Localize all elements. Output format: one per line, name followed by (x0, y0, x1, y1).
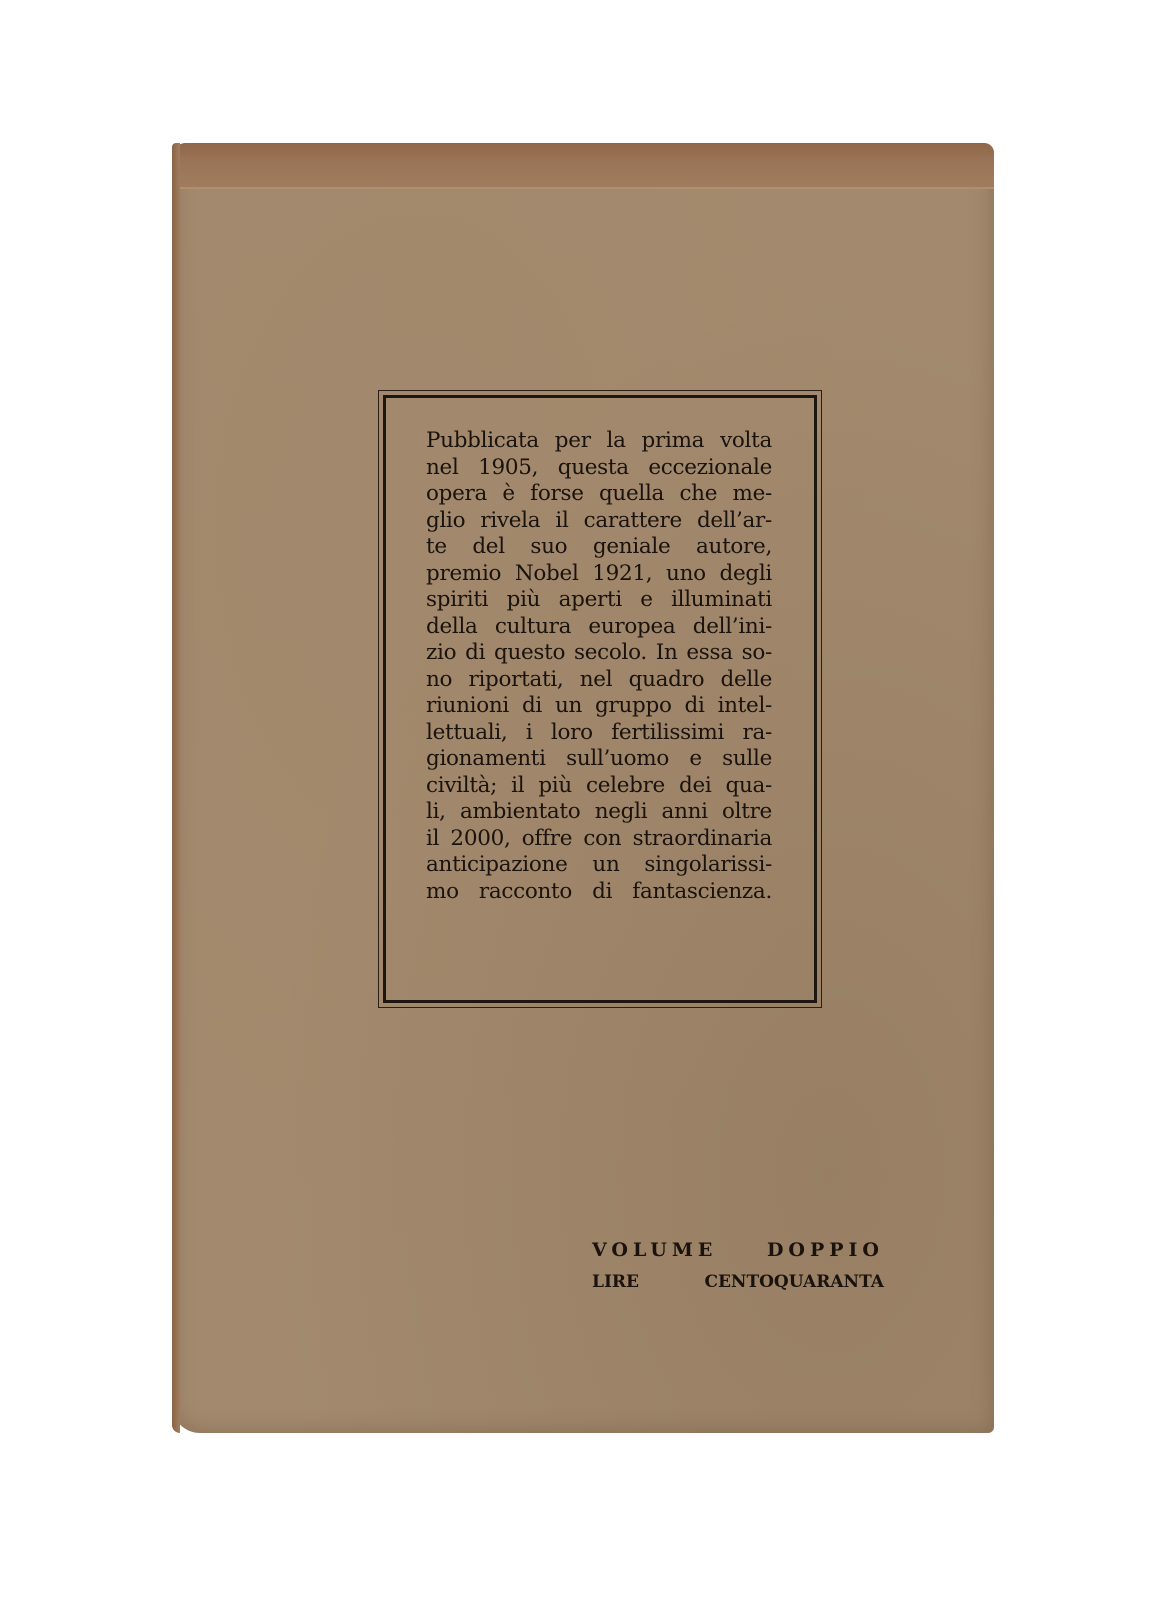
blurb-frame: Pubblicata per la prima volta nel 1905, … (378, 390, 822, 1008)
blurb-line: li, ambientato negli anni oltre (426, 799, 772, 826)
blurb-line: il 2000, offre con straordinaria (426, 826, 772, 853)
book-back-cover: Pubblicata per la prima volta nel 1905, … (172, 143, 994, 1433)
blurb-line: riunioni di un gruppo di intel- (426, 693, 772, 720)
book-page-edge-left (172, 143, 180, 1433)
price-block: VOLUME DOPPIO LIRE CENTOQUARANTA (592, 1233, 884, 1297)
blurb-line: premio Nobel 1921, uno degli (426, 561, 772, 588)
blurb-line: anticipazione un singolarissi- (426, 852, 772, 879)
blurb-line: zio di questo secolo. In essa so- (426, 640, 772, 667)
blurb-line: della cultura europea dell’ini- (426, 614, 772, 641)
blurb-line: te del suo geniale autore, (426, 534, 772, 561)
blurb-line: civiltà; il più celebre dei qua- (426, 773, 772, 800)
volume-label: VOLUME DOPPIO (592, 1233, 884, 1267)
blurb-text-block: Pubblicata per la prima volta nel 1905, … (383, 395, 817, 1003)
blurb-line: no riportati, nel quadro delle (426, 667, 772, 694)
blurb-line: spiriti più aperti e illuminati (426, 587, 772, 614)
blurb-line: Pubblicata per la prima volta (426, 428, 772, 455)
blurb-line: gionamenti sull’uomo e sulle (426, 746, 772, 773)
blurb-line: glio rivela il carattere dell’ar- (426, 508, 772, 535)
blurb-line: opera è forse quella che me- (426, 481, 772, 508)
blurb-line: mo racconto di fantascienza. (426, 879, 772, 906)
blurb-line: lettuali, i loro fertilissimi ra- (426, 720, 772, 747)
price-label: LIRE CENTOQUARANTA (592, 1267, 884, 1297)
blurb-line: nel 1905, questa eccezionale (426, 455, 772, 482)
book-page-edge-top (172, 143, 994, 189)
